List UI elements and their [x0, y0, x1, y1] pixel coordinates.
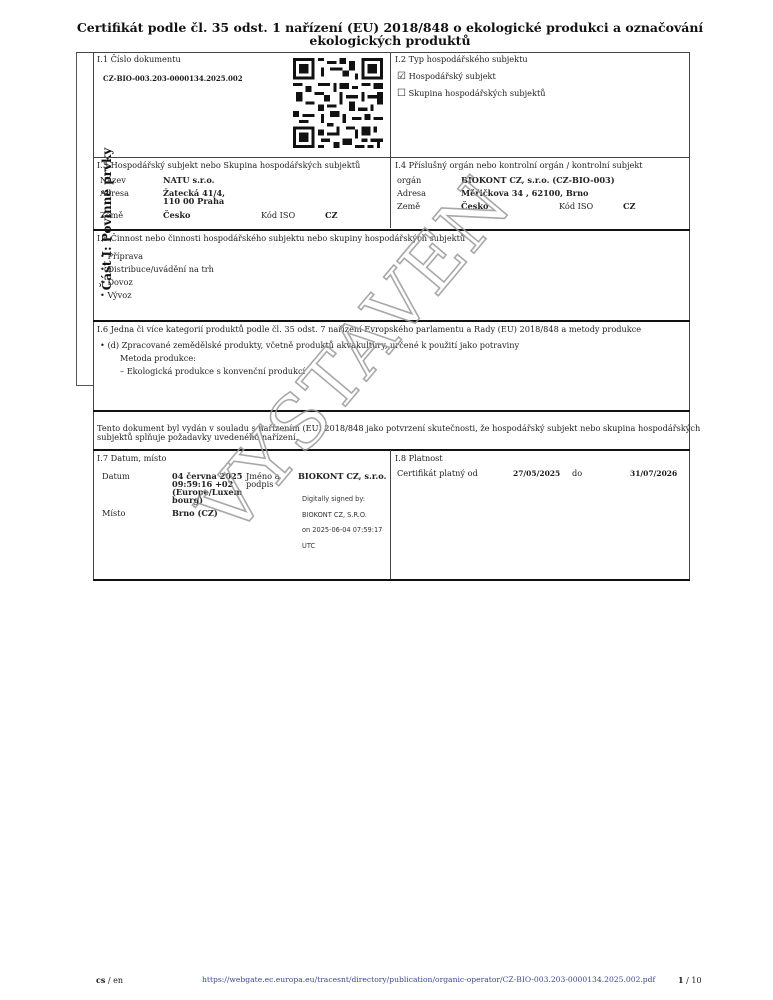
i3-address-label: Adresa — [100, 189, 129, 198]
activity-item: • Dovoz — [100, 276, 214, 289]
divider-h-1 — [93, 157, 690, 158]
checkbox-checked-icon: ☑ — [397, 71, 406, 82]
footer-url-link[interactable]: https://webgate.ec.europa.eu/tracesnt/di… — [202, 975, 655, 984]
i1-heading: I.1 Číslo dokumentu — [97, 55, 181, 64]
divider-h-4 — [93, 410, 690, 412]
side-label-container: Část I: Povinné prvky — [76, 52, 93, 386]
frame-right — [689, 52, 690, 580]
activity-item: • Příprava — [100, 250, 214, 263]
i3-iso-label: Kód ISO — [261, 211, 295, 220]
compliance-statement: Tento dokument byl vydán v souladu s nař… — [97, 424, 700, 441]
i7-signature-label: Jméno a podpis — [246, 472, 280, 488]
i4-iso: CZ — [623, 202, 636, 211]
checkbox-unchecked-icon: ☐ — [397, 88, 406, 99]
divider-h-5 — [93, 449, 690, 451]
divider-v-top — [390, 52, 391, 228]
i4-address: Měřičkova 34 , 62100, Brno — [461, 189, 589, 198]
activity-item: • Vývoz — [100, 289, 214, 302]
i7-place: Brno (CZ) — [172, 509, 218, 518]
i8-valid-to: 31/07/2026 — [630, 469, 677, 478]
i4-iso-label: Kód ISO — [559, 202, 593, 211]
i8-heading: I.8 Platnost — [395, 454, 443, 463]
i4-country-label: Země — [397, 202, 420, 211]
footer-language: cs / en — [96, 975, 123, 985]
i4-organ-label: orgán — [397, 176, 421, 185]
i3-name: NATU s.r.o. — [163, 176, 215, 185]
i7-date: 04 června 2025 09:59:16 +02 (Europe/Luxe… — [172, 472, 242, 504]
i3-address: Žatecká 41/4, 110 00 Praha — [163, 189, 225, 205]
i8-valid-from: 27/05/2025 — [513, 469, 560, 478]
option-operator-group: ☐ Skupina hospodářských subjektů — [397, 89, 546, 98]
i7-place-label: Místo — [102, 509, 125, 518]
qr-code-icon — [293, 58, 383, 148]
i7-signer: BIOKONT CZ, s.r.o. — [298, 472, 386, 481]
i3-heading: I.3 Hospodářský subjekt nebo Skupina hos… — [97, 161, 360, 170]
i6-method: – Ekologická produkce s konvenční produk… — [120, 367, 305, 376]
language-current[interactable]: cs — [96, 975, 105, 985]
frame-top — [76, 52, 690, 53]
i6-heading: I.6 Jedna či více kategorií produktů pod… — [97, 325, 641, 334]
divider-h-3 — [93, 320, 690, 322]
i3-address-line2: 110 00 Praha — [163, 197, 225, 205]
language-alt-link[interactable]: en — [113, 976, 123, 985]
i4-heading: I.4 Příslušný orgán nebo kontrolní orgán… — [395, 161, 643, 170]
doc-number: CZ-BIO-003.203-0000134.2025.002 — [103, 74, 243, 83]
i6-category: • (d) Zpracované zemědělské produkty, vč… — [100, 341, 519, 350]
document-title: Certifikát podle čl. 35 odst. 1 nařízení… — [60, 21, 720, 47]
divider-h-2 — [93, 229, 690, 231]
i8-valid-from-label: Certifikát platný od — [397, 469, 478, 478]
option-economic-operator: ☑ Hospodářský subjekt — [397, 72, 496, 81]
i8-to-label: do — [572, 469, 582, 478]
i2-heading: I.2 Typ hospodářského subjektu — [395, 55, 528, 64]
option-label: Hospodářský subjekt — [409, 71, 496, 81]
i4-address-label: Adresa — [397, 189, 426, 198]
option-label: Skupina hospodářských subjektů — [409, 88, 546, 98]
i3-country-label: Země — [100, 211, 123, 220]
divider-v-bottom — [390, 450, 391, 580]
activity-item: • Distribuce/uvádění na trh — [100, 263, 214, 276]
digital-signature: Digitally signed by: BIOKONT CZ, S.R.O. … — [302, 492, 382, 554]
page-indicator: 1 / 10 — [678, 975, 702, 985]
i6-method-label: Metoda produkce: — [120, 354, 196, 363]
i4-organ: BIOKONT CZ, s.r.o. (CZ-BIO-003) — [461, 176, 615, 185]
i5-activity-list: • Příprava • Distribuce/uvádění na trh •… — [100, 250, 214, 302]
i7-date-label: Datum — [102, 472, 130, 481]
i3-country: Česko — [163, 211, 190, 220]
i3-iso: CZ — [325, 211, 338, 220]
frame-left — [93, 52, 94, 580]
i5-heading: I.5 Činnost nebo činnosti hospodářského … — [97, 234, 465, 243]
frame-bottom — [93, 579, 690, 581]
i4-country: Česko — [461, 202, 488, 211]
i7-heading: I.7 Datum, místo — [97, 454, 166, 463]
i3-name-label: Název — [100, 176, 126, 185]
